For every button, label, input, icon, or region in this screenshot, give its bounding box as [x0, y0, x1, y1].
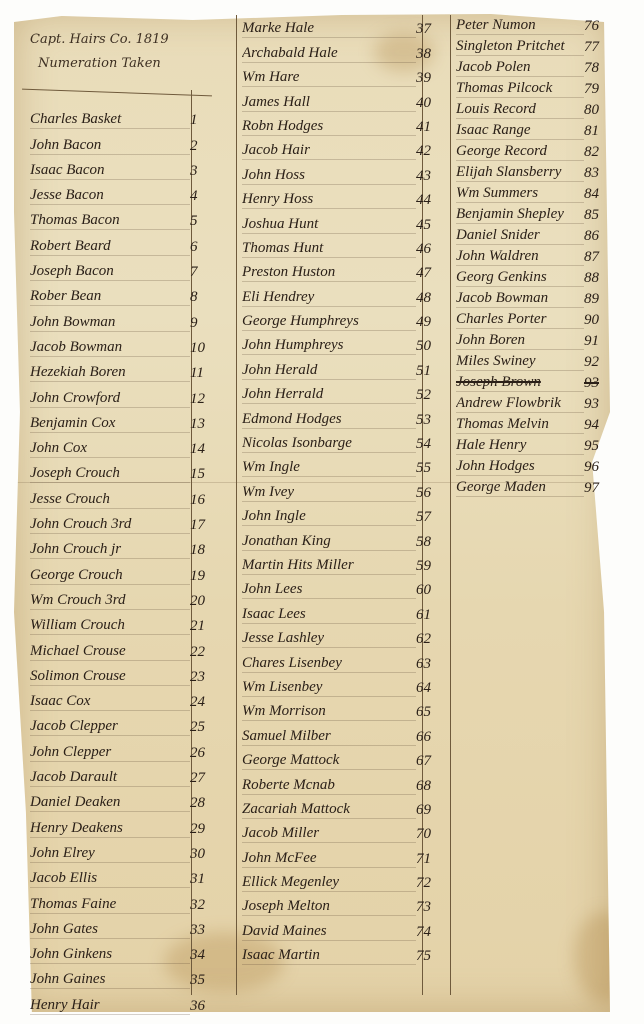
roster-row: Wm Morrison 65: [242, 697, 456, 721]
person-name: John Cox: [30, 440, 190, 458]
person-name: Wm Morrison: [242, 703, 416, 721]
person-name: Martin Hits Miller: [242, 557, 416, 575]
entry-number: 45: [416, 217, 456, 234]
person-name: Roberte Mcnab: [242, 777, 416, 795]
entry-number: 12: [190, 391, 230, 408]
person-name: Andrew Flowbrik: [456, 395, 584, 413]
roster-row: Jacob Hair 42: [242, 136, 456, 160]
person-name: Archabald Hale: [242, 45, 416, 63]
roster-row: Henry Hair 36: [30, 989, 230, 1014]
roster-row: John Boren 91: [456, 329, 624, 350]
roster-row: James Hall 40: [242, 87, 456, 111]
roster-row: Thomas Hunt 46: [242, 234, 456, 258]
roster-row: Wm Ivey 56: [242, 477, 456, 501]
entry-number: 18: [190, 542, 230, 559]
person-name: Peter Numon: [456, 17, 584, 35]
entry-number: 23: [190, 669, 230, 686]
person-name: George Record: [456, 143, 584, 161]
entry-number: 63: [416, 656, 456, 673]
person-name: John Ingle: [242, 508, 416, 526]
roster-row: Andrew Flowbrik 93: [456, 392, 624, 413]
roster-row: Jesse Crouch 16: [30, 483, 230, 508]
entry-number: 93: [584, 375, 624, 392]
person-name: John Ginkens: [30, 946, 190, 964]
roster-row: Jacob Bowman 89: [456, 287, 624, 308]
person-name: Solimon Crouse: [30, 668, 190, 686]
entry-number: 10: [190, 340, 230, 357]
person-name: Edmond Hodges: [242, 411, 416, 429]
entry-number: 87: [584, 249, 624, 266]
roster-row: John McFee 71: [242, 843, 456, 867]
person-name: Jesse Lashley: [242, 630, 416, 648]
roster-row: Isaac Range 81: [456, 119, 624, 140]
roster-row: Jesse Lashley 62: [242, 624, 456, 648]
roster-row: Peter Numon 76: [456, 14, 624, 35]
person-name: Isaac Range: [456, 122, 584, 140]
roster-column-1: Charles Basket 1 John Bacon 2 Isaac Baco…: [30, 104, 230, 1015]
roster-row: Jacob Miller 70: [242, 819, 456, 843]
person-name: John Herald: [242, 362, 416, 380]
person-name: Hale Henry: [456, 437, 584, 455]
person-name: Joseph Melton: [242, 898, 416, 916]
entry-number: 5: [190, 213, 230, 230]
entry-number: 7: [190, 264, 230, 281]
entry-number: 47: [416, 265, 456, 282]
entry-number: 32: [190, 897, 230, 914]
roster-row: Eli Hendrey 48: [242, 282, 456, 306]
person-name: Samuel Milber: [242, 728, 416, 746]
person-name: Henry Deakens: [30, 820, 190, 838]
entry-number: 21: [190, 618, 230, 635]
roster-row: Thomas Pilcock 79: [456, 77, 624, 98]
person-name: Singleton Pritchet: [456, 38, 584, 56]
entry-number: 77: [584, 39, 624, 56]
stain: [574, 912, 634, 1002]
roster-row: Wm Hare 39: [242, 63, 456, 87]
entry-number: 89: [584, 291, 624, 308]
roster-row: Nicolas Isonbarge 54: [242, 429, 456, 453]
roster-row: Jesse Bacon 4: [30, 180, 230, 205]
person-name: James Hall: [242, 94, 416, 112]
entry-number: 41: [416, 119, 456, 136]
person-name: Thomas Faine: [30, 896, 190, 914]
roster-row: Isaac Bacon 3: [30, 155, 230, 180]
roster-row: Joshua Hunt 45: [242, 209, 456, 233]
roster-row: John Gaines 35: [30, 964, 230, 989]
entry-number: 6: [190, 239, 230, 256]
person-name: Nicolas Isonbarge: [242, 435, 416, 453]
entry-number: 9: [190, 315, 230, 332]
roster-row: John Bacon 2: [30, 129, 230, 154]
entry-number: 90: [584, 312, 624, 329]
person-name: Eli Hendrey: [242, 289, 416, 307]
person-name: Miles Swiney: [456, 353, 584, 371]
entry-number: 22: [190, 644, 230, 661]
entry-number: 85: [584, 207, 624, 224]
roster-row: John Ginkens 34: [30, 939, 230, 964]
entry-number: 80: [584, 102, 624, 119]
column-rule: [236, 15, 237, 995]
person-name: John Hoss: [242, 167, 416, 185]
entry-number: 71: [416, 851, 456, 868]
person-name: Preston Huston: [242, 264, 416, 282]
entry-number: 24: [190, 694, 230, 711]
roster-row: Charles Porter 90: [456, 308, 624, 329]
person-name: Thomas Pilcock: [456, 80, 584, 98]
roster-row: Wm Lisenbey 64: [242, 673, 456, 697]
entry-number: 48: [416, 290, 456, 307]
entry-number: 60: [416, 582, 456, 599]
person-name: John Waldren: [456, 248, 584, 266]
entry-number: 50: [416, 338, 456, 355]
roster-row: Ellick Megenley 72: [242, 868, 456, 892]
entry-number: 58: [416, 534, 456, 551]
person-name: John Elrey: [30, 845, 190, 863]
roster-row: Miles Swiney 92: [456, 350, 624, 371]
person-name: John Crouch 3rd: [30, 516, 190, 534]
entry-number: 70: [416, 826, 456, 843]
roster-row: Martin Hits Miller 59: [242, 551, 456, 575]
entry-number: 55: [416, 460, 456, 477]
person-name: Daniel Deaken: [30, 794, 190, 812]
roster-row: Singleton Pritchet 77: [456, 35, 624, 56]
person-name: Joseph Crouch: [30, 465, 190, 483]
entry-number: 33: [190, 922, 230, 939]
person-name: John McFee: [242, 850, 416, 868]
entry-number: 97: [584, 480, 624, 497]
person-name: Zacariah Mattock: [242, 801, 416, 819]
roster-row: John Herrald 52: [242, 380, 456, 404]
person-name: Isaac Bacon: [30, 162, 190, 180]
entry-number: 16: [190, 492, 230, 509]
person-name: Thomas Hunt: [242, 240, 416, 258]
roster-row: Joseph Crouch 15: [30, 458, 230, 483]
roster-row: John Lees 60: [242, 575, 456, 599]
entry-number: 56: [416, 485, 456, 502]
roster-row: Louis Record 80: [456, 98, 624, 119]
roster-row: John Crouch 3rd 17: [30, 509, 230, 534]
person-name: Wm Summers: [456, 185, 584, 203]
person-name: John Gaines: [30, 971, 190, 989]
entry-number: 43: [416, 168, 456, 185]
entry-number: 65: [416, 704, 456, 721]
entry-number: 94: [584, 417, 624, 434]
person-name: George Crouch: [30, 567, 190, 585]
person-name: Daniel Snider: [456, 227, 584, 245]
person-name: John Crowford: [30, 390, 190, 408]
roster-row: Jacob Polen 78: [456, 56, 624, 77]
entry-number: 11: [190, 365, 230, 382]
entry-number: 95: [584, 438, 624, 455]
roster-row: Jacob Clepper 25: [30, 711, 230, 736]
roster-row: Joseph Melton 73: [242, 892, 456, 916]
roster-row: Zacariah Mattock 69: [242, 795, 456, 819]
roster-row: George Record 82: [456, 140, 624, 161]
roster-row: John Waldren 87: [456, 245, 624, 266]
person-name: Wm Crouch 3rd: [30, 592, 190, 610]
person-name: John Humphreys: [242, 337, 416, 355]
entry-number: 31: [190, 871, 230, 888]
entry-number: 42: [416, 143, 456, 160]
roster-row: George Crouch 19: [30, 559, 230, 584]
roster-row: Marke Hale 37: [242, 14, 456, 38]
person-name: Jonathan King: [242, 533, 416, 551]
person-name: Jacob Ellis: [30, 870, 190, 888]
person-name: Michael Crouse: [30, 643, 190, 661]
person-name: Robn Hodges: [242, 118, 416, 136]
person-name: John Hodges: [456, 458, 584, 476]
entry-number: 46: [416, 241, 456, 258]
entry-number: 66: [416, 729, 456, 746]
header-company: Capt. Hairs Co. 1819: [30, 28, 210, 52]
roster-row: John Herald 51: [242, 355, 456, 379]
roster-row: George Humphreys 49: [242, 307, 456, 331]
entry-number: 14: [190, 441, 230, 458]
person-name: John Lees: [242, 581, 416, 599]
person-name: John Boren: [456, 332, 584, 350]
person-name: George Humphreys: [242, 313, 416, 331]
person-name: John Herrald: [242, 386, 416, 404]
person-name: John Bowman: [30, 314, 190, 332]
entry-number: 44: [416, 192, 456, 209]
roster-row: John Hodges 96: [456, 455, 624, 476]
header-title: Numeration Taken: [30, 52, 210, 76]
roster-row: Joseph Bacon 7: [30, 256, 230, 281]
entry-number: 83: [584, 165, 624, 182]
entry-number: 57: [416, 509, 456, 526]
person-name: Louis Record: [456, 101, 584, 119]
roster-row: David Maines 74: [242, 916, 456, 940]
entry-number: 20: [190, 593, 230, 610]
roster-row: Jonathan King 58: [242, 526, 456, 550]
roster-row: John Gates 33: [30, 914, 230, 939]
person-name: Thomas Bacon: [30, 212, 190, 230]
roster-row: Isaac Cox 24: [30, 686, 230, 711]
document-header: Capt. Hairs Co. 1819 Numeration Taken: [30, 28, 210, 76]
person-name: Georg Genkins: [456, 269, 584, 287]
person-name: Charles Basket: [30, 111, 190, 129]
entry-number: 19: [190, 568, 230, 585]
person-name: Hezekiah Boren: [30, 364, 190, 382]
entry-number: 64: [416, 680, 456, 697]
entry-number: 73: [416, 899, 456, 916]
person-name: Jacob Bowman: [456, 290, 584, 308]
person-name: Benjamin Shepley: [456, 206, 584, 224]
entry-number: 53: [416, 412, 456, 429]
person-name: Marke Hale: [242, 20, 416, 38]
entry-number: 75: [416, 948, 456, 965]
person-name: John Crouch jr: [30, 541, 190, 559]
person-name: David Maines: [242, 923, 416, 941]
roster-row: Jacob Darault 27: [30, 762, 230, 787]
entry-number: 69: [416, 802, 456, 819]
person-name: Chares Lisenbey: [242, 655, 416, 673]
entry-number: 1: [190, 112, 230, 129]
entry-number: 8: [190, 289, 230, 306]
roster-row: John Humphreys 50: [242, 331, 456, 355]
roster-row: Wm Ingle 55: [242, 453, 456, 477]
entry-number: 82: [584, 144, 624, 161]
roster-row: John Ingle 57: [242, 502, 456, 526]
roster-row: Rober Bean 8: [30, 281, 230, 306]
roster-row: Henry Deakens 29: [30, 812, 230, 837]
roster-row: John Crowford 12: [30, 382, 230, 407]
roster-row: Thomas Faine 32: [30, 888, 230, 913]
person-name: Jacob Bowman: [30, 339, 190, 357]
roster-row: Benjamin Shepley 85: [456, 203, 624, 224]
person-name: Robert Beard: [30, 238, 190, 256]
roster-row: John Crouch jr 18: [30, 534, 230, 559]
entry-number: 76: [584, 18, 624, 35]
person-name: Jacob Darault: [30, 769, 190, 787]
person-name: Henry Hoss: [242, 191, 416, 209]
person-name: Isaac Cox: [30, 693, 190, 711]
entry-number: 49: [416, 314, 456, 331]
roster-row: John Elrey 30: [30, 838, 230, 863]
entry-number: 72: [416, 875, 456, 892]
roster-row: Solimon Crouse 23: [30, 661, 230, 686]
entry-number: 40: [416, 95, 456, 112]
roster-row: Jacob Ellis 31: [30, 863, 230, 888]
person-name: John Bacon: [30, 137, 190, 155]
entry-number: 92: [584, 354, 624, 371]
entry-number: 39: [416, 70, 456, 87]
person-name: George Maden: [456, 479, 584, 497]
roster-row: Daniel Snider 86: [456, 224, 624, 245]
entry-number: 74: [416, 924, 456, 941]
person-name: Elijah Slansberry: [456, 164, 584, 182]
roster-row: Henry Hoss 44: [242, 185, 456, 209]
roster-row: Benjamin Cox 13: [30, 408, 230, 433]
person-name: Henry Hair: [30, 997, 190, 1015]
roster-row: Thomas Melvin 94: [456, 413, 624, 434]
roster-row: Elijah Slansberry 83: [456, 161, 624, 182]
roster-row: Samuel Milber 66: [242, 721, 456, 745]
person-name: Wm Hare: [242, 69, 416, 87]
person-name: Jacob Hair: [242, 142, 416, 160]
entry-number: 81: [584, 123, 624, 140]
entry-number: 27: [190, 770, 230, 787]
entry-number: 93: [584, 396, 624, 413]
roster-row: George Mattock 67: [242, 746, 456, 770]
person-name: William Crouch: [30, 617, 190, 635]
roster-row: Preston Huston 47: [242, 258, 456, 282]
entry-number: 91: [584, 333, 624, 350]
person-name: Joseph Brown: [456, 374, 584, 392]
entry-number: 84: [584, 186, 624, 203]
entry-number: 34: [190, 947, 230, 964]
entry-number: 37: [416, 21, 456, 38]
roster-row: Chares Lisenbey 63: [242, 648, 456, 672]
roster-row: William Crouch 21: [30, 610, 230, 635]
roster-column-3: Peter Numon 76 Singleton Pritchet 77 Jac…: [456, 14, 624, 497]
roster-row: Isaac Lees 61: [242, 599, 456, 623]
roster-row: Michael Crouse 22: [30, 635, 230, 660]
person-name: Jesse Bacon: [30, 187, 190, 205]
person-name: Benjamin Cox: [30, 415, 190, 433]
roster-row: Georg Genkins 88: [456, 266, 624, 287]
roster-row: Hezekiah Boren 11: [30, 357, 230, 382]
roster-row: Robert Beard 6: [30, 230, 230, 255]
person-name: Ellick Megenley: [242, 874, 416, 892]
entry-number: 88: [584, 270, 624, 287]
roster-row: Isaac Martin 75: [242, 941, 456, 965]
entry-number: 28: [190, 795, 230, 812]
person-name: Jacob Clepper: [30, 718, 190, 736]
roster-row: Roberte Mcnab 68: [242, 770, 456, 794]
person-name: Joseph Bacon: [30, 263, 190, 281]
entry-number: 38: [416, 46, 456, 63]
roster-row: Jacob Bowman 10: [30, 332, 230, 357]
entry-number: 68: [416, 778, 456, 795]
person-name: Jacob Polen: [456, 59, 584, 77]
person-name: Wm Ivey: [242, 484, 416, 502]
person-name: Wm Lisenbey: [242, 679, 416, 697]
person-name: Jacob Miller: [242, 825, 416, 843]
entry-number: 52: [416, 387, 456, 404]
entry-number: 78: [584, 60, 624, 77]
entry-number: 62: [416, 631, 456, 648]
entry-number: 13: [190, 416, 230, 433]
roster-row: John Hoss 43: [242, 160, 456, 184]
entry-number: 67: [416, 753, 456, 770]
person-name: Wm Ingle: [242, 459, 416, 477]
roster-row: John Cox 14: [30, 433, 230, 458]
roster-row: Thomas Bacon 5: [30, 205, 230, 230]
roster-row: Charles Basket 1: [30, 104, 230, 129]
person-name: Rober Bean: [30, 288, 190, 306]
entry-number: 79: [584, 81, 624, 98]
entry-number: 51: [416, 363, 456, 380]
person-name: Jesse Crouch: [30, 491, 190, 509]
entry-number: 29: [190, 821, 230, 838]
entry-number: 59: [416, 558, 456, 575]
roster-row: George Maden 97: [456, 476, 624, 497]
entry-number: 35: [190, 972, 230, 989]
entry-number: 96: [584, 459, 624, 476]
roster-column-2: Marke Hale 37 Archabald Hale 38 Wm Hare …: [242, 14, 456, 965]
person-name: Isaac Lees: [242, 606, 416, 624]
entry-number: 15: [190, 466, 230, 483]
entry-number: 2: [190, 138, 230, 155]
roster-row: Archabald Hale 38: [242, 38, 456, 62]
entry-number: 3: [190, 163, 230, 180]
roster-row: Edmond Hodges 53: [242, 404, 456, 428]
roster-row: Wm Crouch 3rd 20: [30, 585, 230, 610]
entry-number: 86: [584, 228, 624, 245]
roster-row: John Clepper 26: [30, 736, 230, 761]
roster-row: Robn Hodges 41: [242, 112, 456, 136]
entry-number: 26: [190, 745, 230, 762]
entry-number: 4: [190, 188, 230, 205]
entry-number: 17: [190, 517, 230, 534]
entry-number: 30: [190, 846, 230, 863]
person-name: Isaac Martin: [242, 947, 416, 965]
person-name: Joshua Hunt: [242, 216, 416, 234]
roster-row: John Bowman 9: [30, 306, 230, 331]
person-name: Thomas Melvin: [456, 416, 584, 434]
roster-row: Joseph Brown 93: [456, 371, 624, 392]
entry-number: 54: [416, 436, 456, 453]
roster-row: Hale Henry 95: [456, 434, 624, 455]
person-name: Charles Porter: [456, 311, 584, 329]
entry-number: 25: [190, 719, 230, 736]
entry-number: 61: [416, 607, 456, 624]
person-name: John Gates: [30, 921, 190, 939]
entry-number: 36: [190, 998, 230, 1015]
person-name: George Mattock: [242, 752, 416, 770]
person-name: John Clepper: [30, 744, 190, 762]
